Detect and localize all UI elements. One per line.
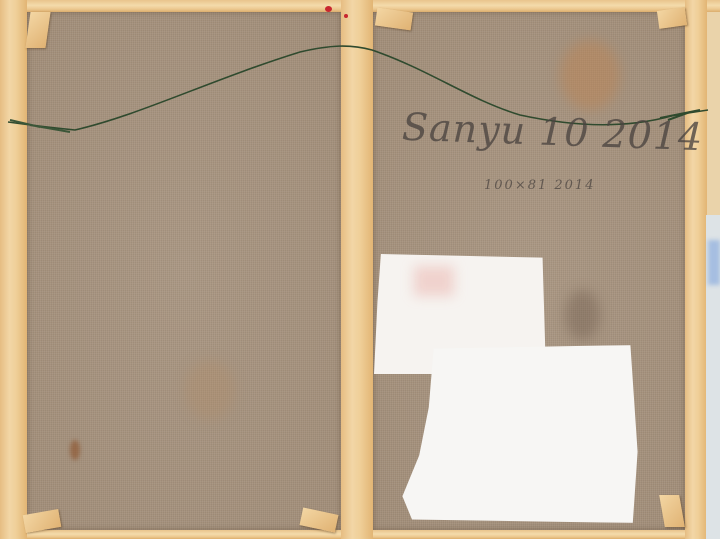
dimensions-and-year: 100×81 2014 (484, 178, 595, 193)
canvas-back-photo: Sanyu 10 2014 100×81 2014 (0, 0, 720, 539)
hanging-wire (0, 0, 720, 539)
